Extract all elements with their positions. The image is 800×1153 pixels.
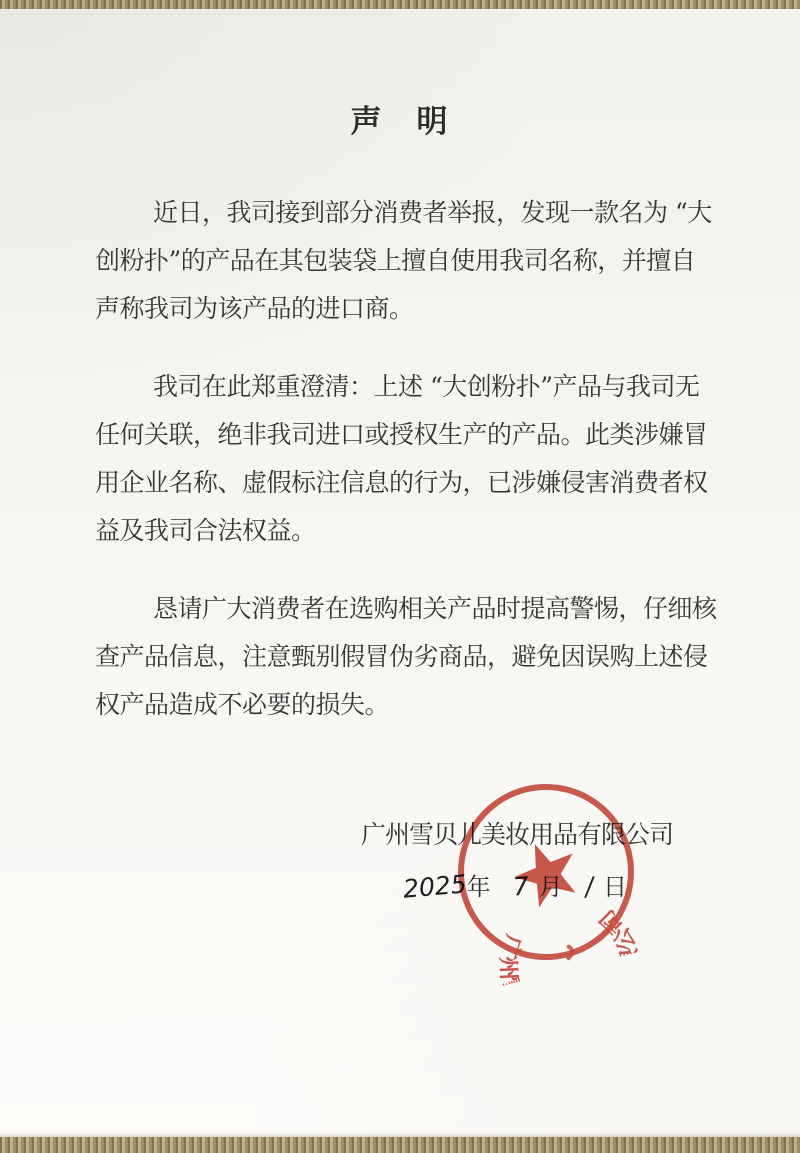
seal-arc-text: 广州雪贝儿美妆用品有限公司 [486, 900, 659, 993]
paragraph-line: 恳请广大消费者在选购相关产品时提高警惕，仔细核 [95, 585, 705, 633]
paragraph: 恳请广大消费者在选购相关产品时提高警惕，仔细核 查产品信息，注意甄别假冒伪劣商品… [95, 585, 705, 729]
paragraph-line: 创粉扑”的产品在其包装袋上擅自使用我司名称，并擅自 [95, 237, 705, 285]
year-label: 年 [467, 873, 491, 901]
paragraph-line: 权产品造成不必要的损失。 [95, 681, 705, 729]
photo-bottom-edge [0, 1137, 800, 1153]
signature-block: 广州雪贝儿美妆用品有限公司 2025年7月/日 [95, 815, 705, 902]
signature-date: 2025年7月/日 [95, 867, 705, 902]
paragraph-line: 益及我司合法权益。 [95, 507, 705, 555]
handwritten-month: 7 [511, 871, 529, 901]
handwritten-year: 2025 [402, 869, 468, 903]
day-label: 日 [603, 873, 627, 901]
paragraph: 近日，我司接到部分消费者举报，发现一款名为 “大 创粉扑”的产品在其包装袋上擅自… [95, 189, 705, 333]
statement-page: 声 明 近日，我司接到部分消费者举报，发现一款名为 “大 创粉扑”的产品在其包装… [0, 0, 800, 902]
paragraph-line: 任何关联，绝非我司进口或授权生产的产品。此类涉嫌冒 [95, 411, 705, 459]
paragraph-line: 我司在此郑重澄清：上述 “大创粉扑”产品与我司无 [95, 363, 705, 411]
paragraph: 我司在此郑重澄清：上述 “大创粉扑”产品与我司无 任何关联，绝非我司进口或授权生… [95, 363, 705, 555]
paragraph-line: 声称我司为该产品的进口商。 [95, 285, 705, 333]
month-label: 月 [539, 873, 563, 901]
handwritten-day: / [583, 872, 594, 902]
statement-body: 近日，我司接到部分消费者举报，发现一款名为 “大 创粉扑”的产品在其包装袋上擅自… [95, 189, 705, 729]
paragraph-line: 用企业名称、虚假标注信息的行为，已涉嫌侵害消费者权 [95, 459, 705, 507]
seal-bottom-mark [566, 946, 574, 958]
document-photo: 声 明 近日，我司接到部分消费者举报，发现一款名为 “大 创粉扑”的产品在其包装… [0, 0, 800, 1153]
paragraph-line: 查产品信息，注意甄别假冒伪劣商品，避免因误购上述侵 [95, 633, 705, 681]
paragraph-line: 近日，我司接到部分消费者举报，发现一款名为 “大 [95, 189, 705, 237]
seal-arc-text-holder: 广州雪贝儿美妆用品有限公司 [486, 900, 659, 993]
statement-title: 声 明 [95, 0, 705, 141]
signature-company-name: 广州雪贝儿美妆用品有限公司 [95, 815, 705, 851]
